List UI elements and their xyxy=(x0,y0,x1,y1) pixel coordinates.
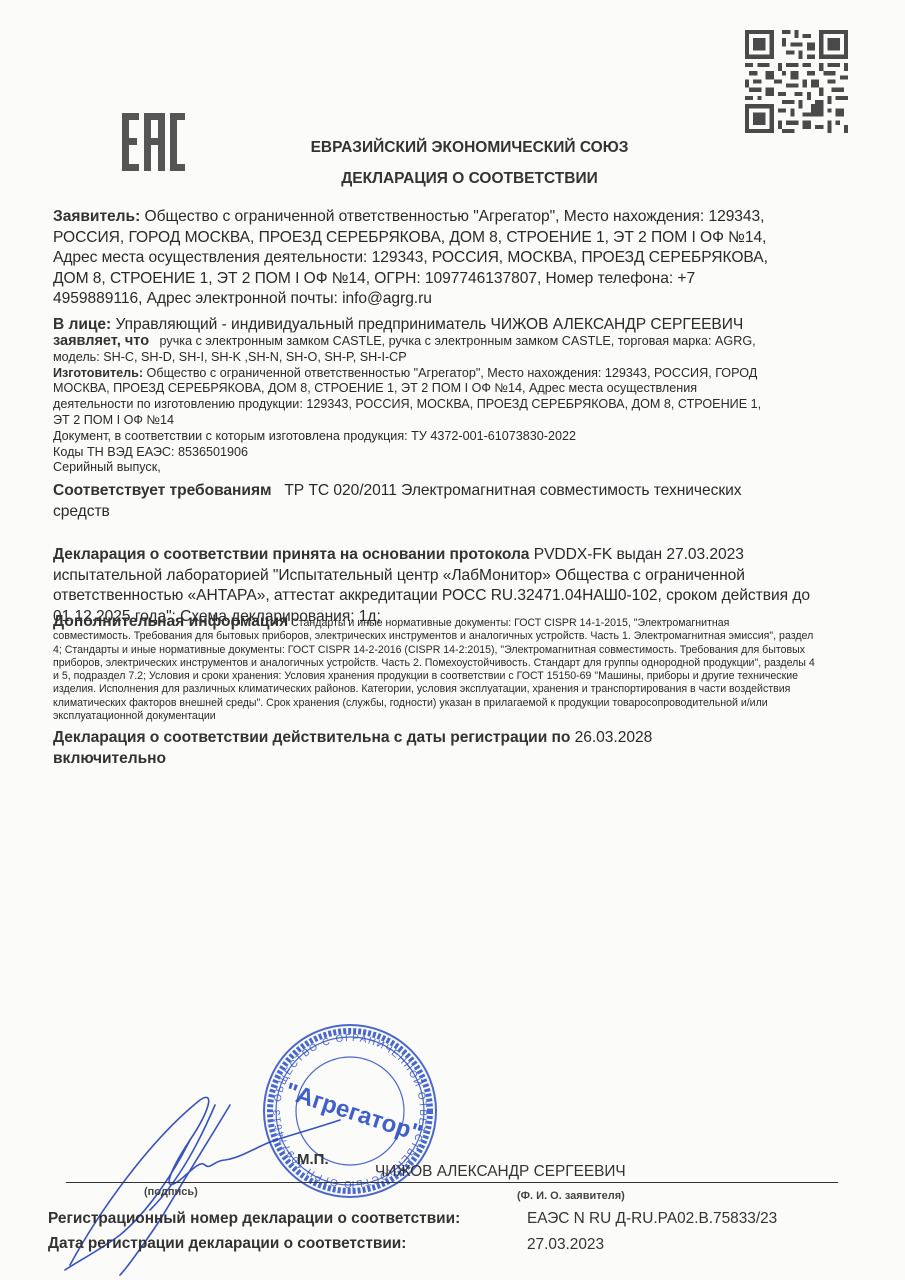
union-title: ЕВРАЗИЙСКИЙ ЭКОНОМИЧЕСКИЙ СОЮЗ xyxy=(0,139,905,157)
registration-date-value: 27.03.2023 xyxy=(527,1236,604,1254)
additional-info-line: Стандарты и иные нормативные документы: … xyxy=(288,617,729,629)
manufacturer-line: МОСКВА, ПРОЕЗД СЕРЕБРЯКОВА, ДОМ 8, СТРОЕ… xyxy=(53,381,843,397)
qr-code-icon xyxy=(745,30,848,133)
conformity-section: Соответствует требованиям ТР ТС 020/2011… xyxy=(53,481,833,522)
product-document: Документ, в соответствии с которым изгот… xyxy=(53,429,843,445)
signer-name: ЧИЖОВ АЛЕКСАНДР СЕРГЕЕВИЧ xyxy=(375,1163,626,1181)
registration-number-value: ЕАЭС N RU Д-RU.РА02.В.75833/23 xyxy=(527,1210,777,1228)
additional-info-line: климатических факторов внешней среды". С… xyxy=(53,697,843,710)
applicant-line: ДОМ 8, СТРОЕНИЕ 1, ЭТ 2 ПОМ I ОФ №14, ОГ… xyxy=(53,269,833,290)
product-models: модель: SH-C, SH-D, SH-I, SH-K ,SH-N, SH… xyxy=(53,350,843,366)
manufacturer-line: ЭТ 2 ПОМ I ОФ №14 xyxy=(53,413,843,429)
basis-line: испытательной лабораторией "Испытательны… xyxy=(53,566,833,587)
represented-by-label: В лице: xyxy=(53,316,111,333)
signature-line xyxy=(66,1182,838,1183)
manufacturer-line: деятельности по изготовлению продукции: … xyxy=(53,397,843,413)
basis-label: Декларация о соответствии принята на осн… xyxy=(53,546,529,563)
product-description: ручка с электронным замком CASTLE, ручка… xyxy=(149,334,756,348)
validity-date: 26.03.2028 xyxy=(570,729,652,746)
validity-section: Декларация о соответствии действительна … xyxy=(53,728,833,769)
represented-by: В лице: Управляющий - индивидуальный пре… xyxy=(53,315,833,336)
additional-info-section: Дополнительная информация Стандарты и ин… xyxy=(53,615,843,723)
validity-suffix: включительно xyxy=(53,750,166,767)
basis-line: ответственностью «АНТАРА», аттестат аккр… xyxy=(53,586,833,607)
document-title: ДЕКЛАРАЦИЯ О СООТВЕТСТВИИ xyxy=(0,170,905,188)
conformity-regulation: ТР ТС 020/2011 Электромагнитная совмести… xyxy=(271,482,741,499)
represented-by-value: Управляющий - индивидуальный предпринима… xyxy=(111,316,743,333)
applicant-section: Заявитель: Общество с ограниченной ответ… xyxy=(53,207,833,336)
additional-info-line: эксплуатационной документации xyxy=(53,710,843,723)
serial-production: Серийный выпуск, xyxy=(53,460,843,476)
declares-label: заявляет, что xyxy=(53,333,149,349)
additional-info-line: 4; Стандарты и иные нормативные документ… xyxy=(53,644,843,657)
applicant-line: 4959889116, Адрес электронной почты: inf… xyxy=(53,289,833,310)
applicant-line: Адрес места осуществления деятельности: … xyxy=(53,248,833,269)
basis-protocol: PVDDX-FK выдан 27.03.2023 xyxy=(529,546,743,563)
qr-code[interactable] xyxy=(745,30,848,133)
additional-info-line: совместимость. Требования для бытовых пр… xyxy=(53,630,843,643)
product-section: заявляет, что ручка с электронным замком… xyxy=(53,334,843,476)
registration-number-label: Регистрационный номер декларации о соотв… xyxy=(48,1210,460,1228)
tn-ved-codes: Коды ТН ВЭД ЕАЭС: 8536501906 xyxy=(53,445,843,461)
applicant-line: РОССИЯ, ГОРОД МОСКВА, ПРОЕЗД СЕРЕБРЯКОВА… xyxy=(53,228,833,249)
name-caption: (Ф. И. О. заявителя) xyxy=(517,1190,625,1202)
conformity-regulation-cont: средств xyxy=(53,502,833,523)
validity-label: Декларация о соответствии действительна … xyxy=(53,729,570,746)
additional-info-line: приборов, электрических инструментов и а… xyxy=(53,657,843,670)
additional-info-line: изделия. Исполнения для различных климат… xyxy=(53,683,843,696)
registration-date-label: Дата регистрации декларации о соответств… xyxy=(48,1235,406,1253)
manufacturer-label: Изготовитель: xyxy=(53,366,143,380)
signature-caption: (подпись) xyxy=(144,1186,198,1198)
conformity-label: Соответствует требованиям xyxy=(53,482,271,499)
additional-info-line: и 5, подраздел 7.2; Условия и сроки хран… xyxy=(53,670,843,683)
manufacturer-line: Общество с ограниченной ответственностью… xyxy=(143,366,757,380)
applicant-label: Заявитель: xyxy=(53,208,140,225)
applicant-line: Общество с ограниченной ответственностью… xyxy=(140,208,764,225)
additional-info-label: Дополнительная информация xyxy=(53,613,288,630)
